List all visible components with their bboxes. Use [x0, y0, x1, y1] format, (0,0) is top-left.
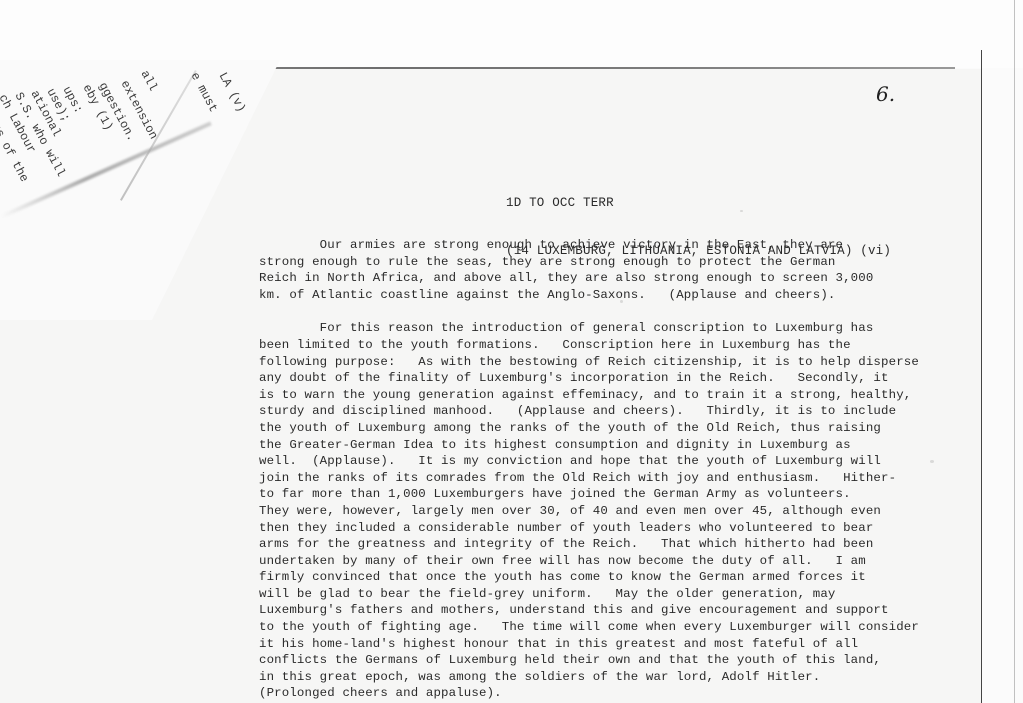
document-body: Our armies are strong enough to achieve … [259, 237, 979, 702]
text-line: arms for the greatness and integrity of … [259, 536, 979, 553]
background-page-edge [1014, 0, 1015, 703]
text-line: firmly convinced that once the youth has… [259, 569, 979, 586]
text-line: strong enough to rule the seas, they are… [259, 254, 979, 271]
text-line: been limited to the youth formations. Co… [259, 337, 979, 354]
text-line: (Prolonged cheers and appaluse). [259, 685, 979, 702]
text-line: They were, however, largely men over 30,… [259, 503, 979, 520]
heading-line-1: 1D TO OCC TERR [506, 195, 891, 211]
paper-speckle [740, 210, 743, 212]
text-line: will be glad to bear the field-grey unif… [259, 586, 979, 603]
paper-speckle [930, 460, 934, 463]
page-number: 6. [876, 82, 895, 106]
text-line: well. (Applause). It is my conviction an… [259, 453, 979, 470]
text-line: join the ranks of its comrades from the … [259, 470, 979, 487]
text-line: Our armies are strong enough to achieve … [259, 237, 979, 254]
text-line: the youth of Luxemburg among the ranks o… [259, 420, 979, 437]
text-line: undertaken by many of their own free wil… [259, 553, 979, 570]
paragraph-1: Our armies are strong enough to achieve … [259, 237, 979, 303]
text-line: Reich in North Africa, and above all, th… [259, 270, 979, 287]
paper-speckle [620, 300, 623, 303]
text-line: to far more than 1,000 Luxemburgers have… [259, 486, 979, 503]
text-line: it his home-land's highest honour that i… [259, 636, 979, 653]
text-line: km. of Atlantic coastline against the An… [259, 287, 979, 304]
fragment-text: all [138, 68, 161, 94]
underlying-page-text: LA (v) e must all extension ggestion. eb… [0, 58, 280, 298]
text-line: Luxemburg's fathers and mothers, underst… [259, 602, 979, 619]
text-line: then they included a considerable number… [259, 520, 979, 537]
text-line: to the youth of fighting age. The time w… [259, 619, 979, 636]
text-line: For this reason the introduction of gene… [259, 320, 979, 337]
text-line: any doubt of the finality of Luxemburg's… [259, 370, 979, 387]
text-line: the Greater-German Idea to its highest c… [259, 437, 979, 454]
paragraph-2: For this reason the introduction of gene… [259, 320, 979, 702]
text-line: is to warn the young generation against … [259, 387, 979, 404]
text-line: conflicts the Germans of Luxemburg held … [259, 652, 979, 669]
text-line: in this great epoch, was among the soldi… [259, 669, 979, 686]
text-line: following purpose: As with the bestowing… [259, 354, 979, 371]
page-right-edge [981, 50, 982, 703]
text-line: sturdy and disciplined manhood. (Applaus… [259, 403, 979, 420]
